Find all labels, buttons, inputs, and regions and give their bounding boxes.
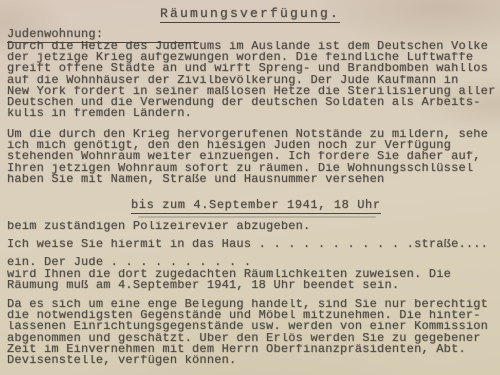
paragraph-5: Da es sich um eine enge Belegung handelt… [0, 299, 500, 366]
deadline-row: bis zum 4.September 1941, 18 Uhr [0, 195, 500, 214]
text-line: auf die Wohnhäuser der Zivilbevölkerung.… [7, 75, 500, 86]
deadline-text: bis zum 4.September 1941, 18 Uhr [131, 198, 381, 214]
text-line: ich mich genötigt, den den hiesigen Jude… [7, 140, 500, 151]
text-line: kulis in fremden Ländern. [7, 108, 500, 119]
text-line: Durch die Hetze des Judentums im Ausland… [7, 41, 500, 52]
text-line: Ihren jetzigen Wohnraum sofort zu räumen… [7, 163, 500, 174]
text-line: beim zuständigen Polizeirevier abzugeben… [7, 221, 500, 232]
text-line: Da es sich um eine enge Belegung handelt… [7, 299, 500, 310]
text-line: abgenommen und geschätzt. Über den Erlös… [7, 333, 500, 344]
text-line: die notwendigsten Gegenstände und Möbel … [7, 310, 500, 321]
text-line: New York fordert in seiner maßlosen Hetz… [7, 86, 500, 97]
text-line: der jetzige Krieg aufgezwungen worden. D… [7, 52, 500, 63]
paragraph-2: Um die durch den Krieg hervorgerufenen N… [0, 129, 500, 185]
text-line: Deutschen und die Verwendung der deutsch… [7, 97, 500, 108]
document-scan: Räumungsverfügung. Judenwohnung: Durch d… [0, 0, 500, 375]
form-line-jude: ein. Der Jude . . . . . . . . . . [0, 257, 500, 268]
text-line: Räumung muß am 4.September 1941, 18 Uhr … [7, 280, 500, 291]
paragraph-3: beim zuständigen Polizeirevier abzugeben… [0, 221, 500, 232]
fill-in-line-house: Ich weise Sie hiermit in das Haus . . . … [7, 239, 500, 250]
paragraph-1: Durch die Hetze des Judentums im Ausland… [0, 41, 500, 119]
text-line: wird Ihnen die dort zugedachten Räumlich… [7, 269, 500, 280]
form-line-house: Ich weise Sie hiermit in das Haus . . . … [0, 239, 500, 250]
text-line: Zeit im Einvernehmen mit dem Herrn Oberf… [7, 344, 500, 355]
document-title: Räumungsverfügung. [160, 6, 340, 23]
document-header: Räumungsverfügung. [0, 4, 500, 23]
text-line: greift offene Städte an und wirft Spreng… [7, 63, 500, 74]
paragraph-4: wird Ihnen die dort zugedachten Räumlich… [0, 269, 500, 291]
text-line: Devisenstelle, verfügen können. [7, 355, 500, 366]
underline-ghost-mark [138, 216, 376, 218]
text-line: Um die durch den Krieg hervorgerufenen N… [7, 129, 500, 140]
fill-in-line-jude: ein. Der Jude . . . . . . . . . . [7, 257, 500, 268]
text-line: lassenen Einrichtungsgegenstände usw. we… [7, 321, 500, 332]
text-line: haben Sie mit Namen, Straße und Hausnumm… [7, 174, 500, 185]
text-line: stehenden Wohnraum weiter einzuengen. Ic… [7, 151, 500, 162]
